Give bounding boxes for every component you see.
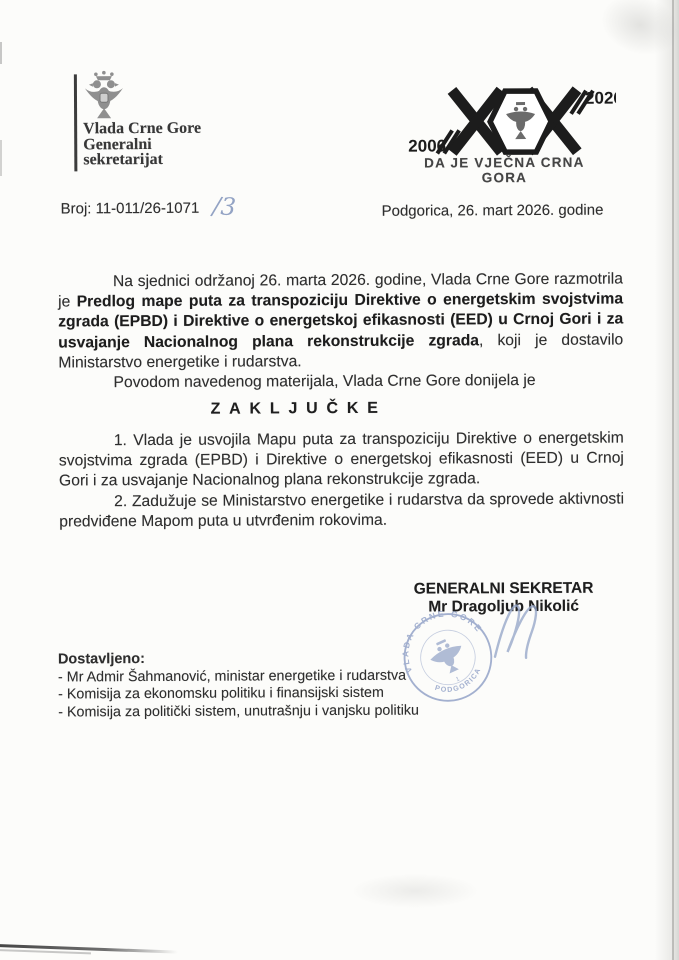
distribution-item-2: - Komisija za ekonomsku politiku i finan… — [58, 685, 438, 705]
distribution-item-1: - Mr Admir Šahmanović, ministar energeti… — [58, 667, 438, 687]
org-name: Vlada Crne Gore — [83, 121, 223, 137]
conclusions-heading: ZAKLJUČKE — [59, 399, 539, 420]
org-unit: Generalni sekretarijat — [83, 136, 175, 167]
letterhead-divider-bar — [74, 74, 77, 171]
anniversary-slogan: DA JE VJEČNA CRNA GORA — [400, 155, 608, 186]
scanned-document-page: Vlada Crne Gore Generalni sekretarijat — [0, 0, 679, 960]
place-and-date: Podgorica, 26. mart 2026. godine — [382, 202, 604, 220]
xx-anniversary-icon: 2006 2026 — [406, 83, 616, 161]
paragraph-2: Povodom navedenog materijala, Vlada Crne… — [58, 371, 623, 394]
body-paragraphs: Na sjednici održanoj 26. marta 2026. god… — [58, 270, 624, 394]
anniversary-year-end: 2026 — [585, 89, 616, 108]
conclusion-item-2: 2. Zadužuje se Ministarstvo energetike i… — [59, 489, 624, 532]
montenegro-coat-of-arms-icon — [83, 70, 125, 122]
letterhead-org-block: Vlada Crne Gore Generalni sekretarijat — [83, 121, 223, 168]
distribution-list: Dostavljeno: - Mr Admir Šahmanović, mini… — [58, 649, 438, 721]
distribution-item-3: - Komisija za politički sistem, unutrašn… — [58, 702, 438, 722]
paragraph-1: Na sjednici održanoj 26. marta 2026. god… — [58, 270, 624, 374]
distribution-label: Dostavljeno: — [58, 649, 438, 669]
conclusion-items: 1. Vlada je usvojila Mapu puta za transp… — [59, 429, 625, 533]
anniversary-year-start: 2006 — [408, 136, 446, 155]
reference-number: Broj: 11-011/26-1071 — [61, 200, 200, 218]
handwritten-signature-icon — [491, 593, 548, 668]
conclusion-item-1: 1. Vlada je usvojila Mapu puta za transp… — [59, 429, 624, 493]
handwritten-number: /3 — [212, 192, 237, 221]
